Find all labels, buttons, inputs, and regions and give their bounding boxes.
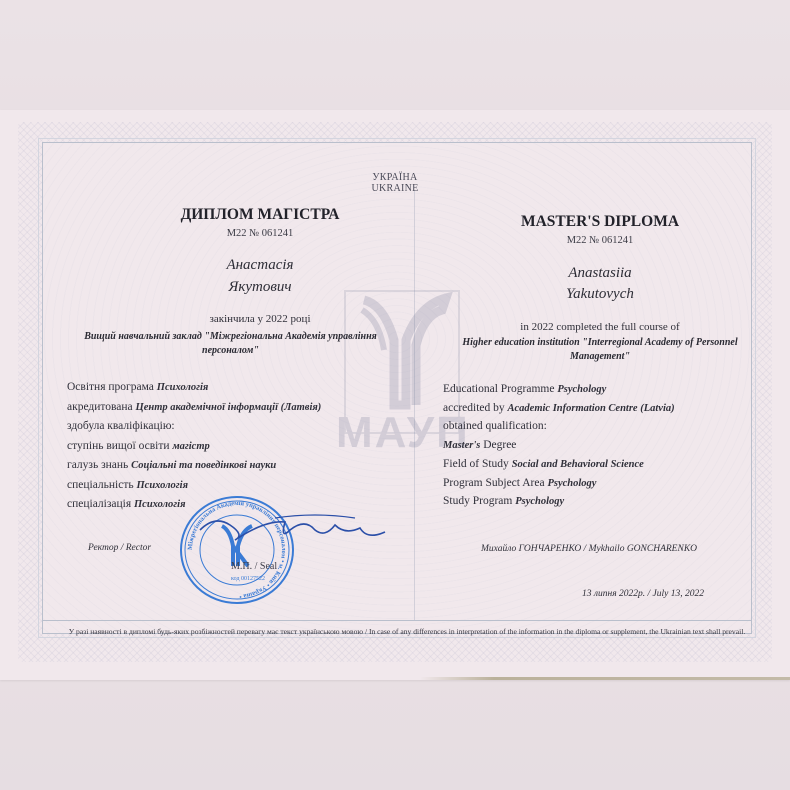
- first-name-ua: Анастасія: [150, 255, 370, 276]
- field-value: Psychology: [547, 478, 596, 489]
- field-value: Psychology: [557, 384, 606, 395]
- ua-field-line: Освітня програма Психологія: [67, 381, 208, 393]
- en-field-line: Educational Programme Psychology: [443, 383, 606, 395]
- completed-en: in 2022 completed the full course of: [470, 321, 730, 333]
- en-field-line: accredited by Academic Information Centr…: [443, 402, 675, 414]
- maup-watermark: МАУП: [336, 280, 466, 465]
- country-en: UKRAINE: [345, 183, 445, 194]
- field-label: спеціальність: [67, 479, 134, 491]
- footer-rule: [42, 620, 752, 621]
- institution-ua-line1: Вищий навчальний заклад "Міжрегіональна …: [58, 331, 403, 342]
- field-value: Academic Information Centre (Latvia): [508, 403, 675, 414]
- en-field-line: Study Program Psychology: [443, 495, 564, 507]
- field-value: магістр: [172, 441, 209, 452]
- field-value: Social and Behavioral Science: [512, 459, 644, 470]
- ua-field-line: здобула кваліфікацію:: [67, 420, 175, 432]
- diploma-title-ua: ДИПЛОМ МАГІСТРА: [150, 206, 370, 224]
- institution-en-line1: Higher education institution "Interregio…: [440, 337, 760, 348]
- footer-disclaimer: У разі наявності в дипломі будь-яких роз…: [62, 627, 752, 636]
- field-label: здобула кваліфікацію:: [67, 420, 175, 432]
- first-name-en: Anastasiia: [500, 263, 700, 284]
- field-label: акредитована: [67, 401, 133, 413]
- country-ua: УКРАЇНА: [345, 172, 445, 183]
- completed-ua: закінчила у 2022 році: [150, 313, 370, 325]
- en-field-line: Field of Study Social and Behavioral Sci…: [443, 458, 644, 470]
- field-label: accredited by: [443, 402, 508, 414]
- field-label: Study Program: [443, 495, 512, 507]
- seal-label: М.П. / Seal: [231, 561, 277, 572]
- country-header: УКРАЇНА UKRAINE: [345, 172, 445, 194]
- signatory-name: Михайло ГОНЧАРЕНКО / Mykhailo GONCHARENK…: [481, 544, 697, 554]
- institution-ua-line2: персоналом": [58, 345, 403, 356]
- en-field-line: Master's Degree: [443, 439, 516, 451]
- serial-number-en: М22 № 061241: [500, 235, 700, 246]
- serial-number-ua: М22 № 061241: [150, 228, 370, 239]
- field-label: Field of Study: [443, 458, 509, 470]
- field-label: галузь знань: [67, 459, 128, 471]
- field-label: obtained qualification:: [443, 420, 547, 432]
- field-value: Психологія: [137, 480, 189, 491]
- field-label: Освітня програма: [67, 381, 154, 393]
- field-label: спеціалізація: [67, 498, 131, 510]
- rector-label: Ректор / Rector: [88, 543, 151, 553]
- institution-en-line2: Management": [440, 351, 760, 362]
- field-value: Центр академічної інформації (Латвія): [136, 402, 322, 413]
- ua-field-line: галузь знань Соціальні та поведінкові на…: [67, 459, 276, 471]
- ua-field-line: акредитована Центр академічної інформаці…: [67, 401, 321, 413]
- issue-date: 13 липня 2022р. / July 13, 2022: [582, 589, 704, 599]
- field-value: Психологія: [157, 382, 209, 393]
- field-value: Соціальні та поведінкові науки: [131, 460, 276, 471]
- rector-signature: [195, 510, 395, 550]
- ua-field-line: ступінь вищої освіти магістр: [67, 440, 210, 452]
- ua-field-line: спеціалізація Психологія: [67, 498, 186, 510]
- seal-code: код 00127522: [231, 576, 265, 582]
- field-value: Master's: [443, 440, 480, 451]
- field-label: Program Subject Area: [443, 477, 545, 489]
- field-label: ступінь вищої освіти: [67, 440, 170, 452]
- en-field-line: Program Subject Area Psychology: [443, 477, 596, 489]
- field-value: Psychology: [515, 496, 564, 507]
- field-label: Educational Programme: [443, 383, 554, 395]
- en-field-line: obtained qualification:: [443, 420, 547, 432]
- paper-edge-shadow: [420, 677, 790, 680]
- diploma-title-en: MASTER'S DIPLOMA: [500, 213, 700, 231]
- last-name-ua: Якутович: [150, 277, 370, 298]
- last-name-en: Yakutovych: [500, 284, 700, 305]
- field-label: Degree: [483, 439, 516, 451]
- ua-field-line: спеціальність Психологія: [67, 479, 188, 491]
